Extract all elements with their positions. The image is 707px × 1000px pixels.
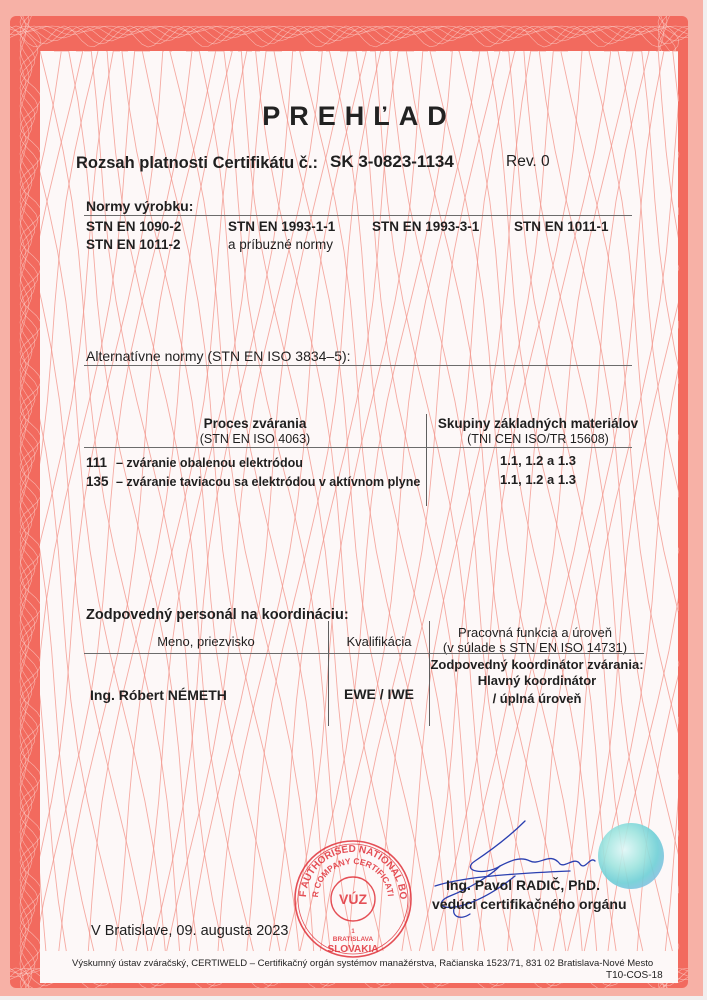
certificate-revision: Rev. 0 xyxy=(506,153,550,171)
page-title: PREHĽAD xyxy=(40,101,678,132)
official-stamp: EWF AUTHORISED NATIONAL BODY FOR COMPANY… xyxy=(292,838,414,960)
signer-role: vedúci certifikačného orgánu xyxy=(432,896,627,912)
form-code: T10-COS-18 xyxy=(606,970,663,981)
alternative-norms: Alternatívne normy (STN EN ISO 3834–5): xyxy=(86,348,351,364)
process-description: – zváranie taviacou sa elektródou v aktí… xyxy=(116,475,420,489)
divider xyxy=(84,215,632,216)
coordinator-function: Zodpovedný koordinátor zvárania: xyxy=(430,657,644,672)
personnel-heading: Zodpovedný personál na koordináciu: xyxy=(86,607,349,623)
coordinator-level: / úplná úroveň xyxy=(430,691,644,706)
divider xyxy=(84,365,632,366)
process-code: 135 xyxy=(86,474,109,489)
col-function-header: Pracovná funkcia a úroveň xyxy=(430,625,640,640)
certificate-label: Rozsah platnosti Certifikátu č.: xyxy=(76,154,318,173)
coordinator-function: Hlavný koordinátor xyxy=(430,673,644,688)
issuer-address: Výskumný ústav zváračský, CERTIWELD – Ce… xyxy=(72,958,653,969)
signer-name: Ing. Pavol RADIČ, PhD. xyxy=(446,877,600,893)
norm-item: STN EN 1090-2 xyxy=(86,219,181,234)
svg-text:BRATISLAVA: BRATISLAVA xyxy=(333,936,374,943)
norm-item: STN EN 1993-1-1 xyxy=(228,219,335,234)
process-code: 111 xyxy=(86,455,107,470)
page-edge xyxy=(703,0,707,1000)
certificate-number: SK 3-0823-1134 xyxy=(330,152,454,172)
material-header: Skupiny základných materiálov xyxy=(427,416,649,431)
svg-text:1: 1 xyxy=(351,929,355,935)
place-date: V Bratislave, 09. augusta 2023 xyxy=(91,923,289,939)
coordinator-name: Ing. Róbert NÉMETH xyxy=(90,687,227,703)
svg-text:VÚZ: VÚZ xyxy=(339,890,367,907)
certificate-frame: PREHĽAD Rozsah platnosti Certifikátu č.:… xyxy=(10,16,688,988)
certificate-page: PREHĽAD Rozsah platnosti Certifikátu č.:… xyxy=(40,51,678,983)
divider xyxy=(84,447,632,448)
process-description: – zváranie obalenou elektródou xyxy=(116,456,303,470)
material-groups: 1.1, 1.2 a 1.3 xyxy=(427,453,649,468)
product-norms-heading: Normy výrobku: xyxy=(86,198,193,214)
svg-text:SLOVAKIA: SLOVAKIA xyxy=(328,944,379,955)
norm-item: STN EN 1011-1 xyxy=(514,219,609,234)
page-edge xyxy=(0,996,707,1000)
process-header: Proces zvárania xyxy=(90,416,420,431)
col-name-header: Meno, priezvisko xyxy=(84,634,328,649)
coordinator-qualification: EWE / IWE xyxy=(329,686,429,702)
column-divider xyxy=(328,621,329,726)
process-subheader: (STN EN ISO 4063) xyxy=(90,432,420,446)
norm-item: a príbuzné normy xyxy=(228,237,333,252)
norm-item: STN EN 1993-3-1 xyxy=(372,219,479,234)
divider xyxy=(84,653,644,654)
material-groups: 1.1, 1.2 a 1.3 xyxy=(427,472,649,487)
col-qualification-header: Kvalifikácia xyxy=(329,634,429,649)
norm-item: STN EN 1011-2 xyxy=(86,237,181,252)
material-subheader: (TNI CEN ISO/TR 15608) xyxy=(427,432,649,446)
